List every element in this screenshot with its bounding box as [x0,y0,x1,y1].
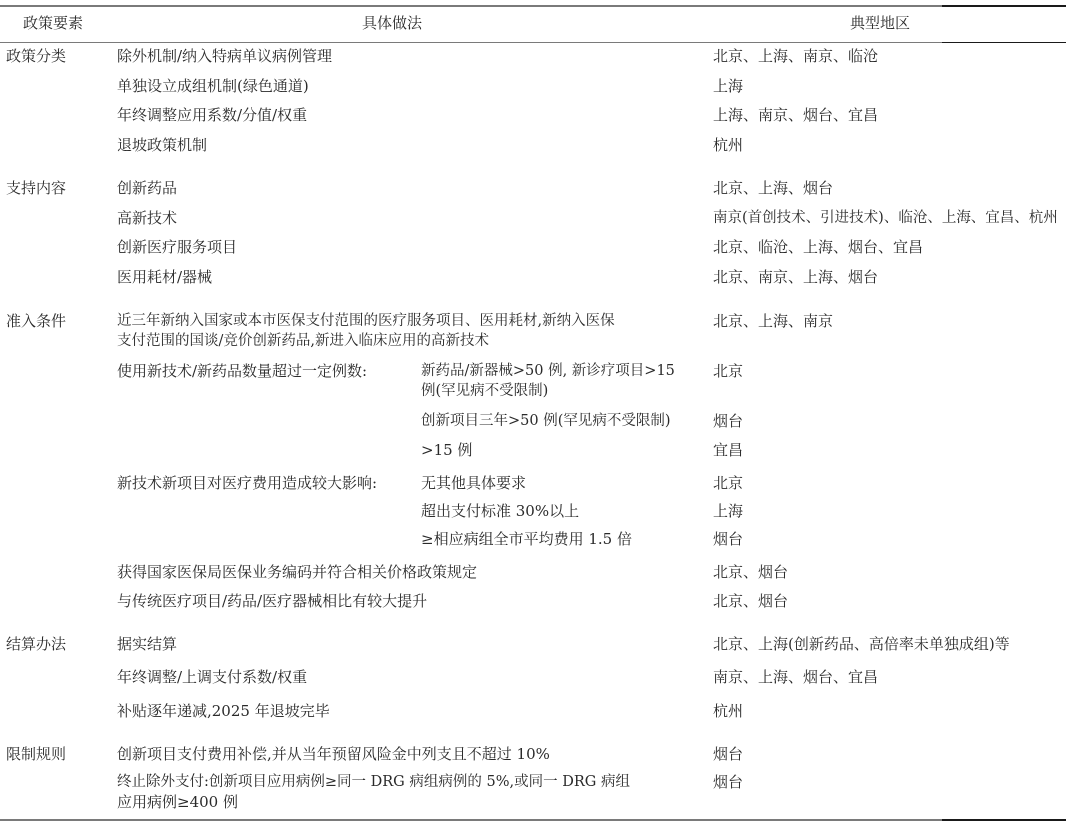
header-policy-element: 政策要素 [23,13,83,33]
row-region: 烟台 [713,772,743,792]
row-practice: 除外机制/纳入特病单议病例管理 [117,46,332,66]
row-practice: 与传统医疗项目/药品/医疗器械相比有较大提升 [117,591,427,611]
row-sub: ≥相应病组全市平均费用 1.5 倍 [421,529,632,549]
header-rule-right [942,42,1066,43]
row-practice: 退坡政策机制 [117,135,207,155]
row-practice: 据实结算 [117,634,177,654]
bottom-rule-left [0,819,942,821]
row-region: 上海 [713,76,743,96]
header-region: 典型地区 [850,13,910,33]
row-region: 上海 [713,501,743,521]
header-rule-left [0,42,942,43]
row-region: 杭州 [713,701,743,721]
row-element: 结算办法 [6,634,66,654]
row-element: 支持内容 [6,178,66,198]
row-sub: 无其他具体要求 [421,473,526,493]
row-element: 政策分类 [6,46,66,66]
row-region: 北京、上海(创新药品、高倍率未单独成组)等 [713,634,1010,654]
row-practice: 补贴逐年递减,2025 年退坡完毕 [117,701,330,721]
row-region: 北京、临沧、上海、烟台、宜昌 [713,237,923,257]
row-region: 南京、上海、烟台、宜昌 [713,667,878,687]
row-region: 北京、上海、南京、临沧 [713,46,878,66]
row-practice: 终止除外支付:创新项目应用病例≥同一 DRG 病组病例的 5%,或同一 DRG … [117,772,630,792]
row-region: 北京 [713,473,743,493]
row-region: 北京、烟台 [713,591,788,611]
row-practice: 高新技术 [117,208,177,228]
row-region: 南京(首创技术、引进技术)、临沧、上海、宜昌、杭州 [713,208,1058,228]
row-sub: 超出支付标准 30%以上 [421,501,579,521]
row-region: 北京、上海、南京 [713,311,833,331]
row-region: 杭州 [713,135,743,155]
row-region: 宜昌 [713,440,743,460]
row-region: 烟台 [713,529,743,549]
row-region: 北京、上海、烟台 [713,178,833,198]
row-region: 北京 [713,361,743,381]
row-region: 上海、南京、烟台、宜昌 [713,105,878,125]
row-practice: 创新医疗服务项目 [117,237,237,257]
top-rule-left [0,5,942,7]
row-sub-line2: 例(罕见病不受限制) [421,381,548,401]
bottom-rule-right [942,819,1066,821]
row-practice: 使用新技术/新药品数量超过一定例数: [117,361,367,381]
row-practice: 单独设立成组机制(绿色通道) [117,76,309,96]
row-element: 限制规则 [6,744,66,764]
row-practice: 年终调整应用系数/分值/权重 [117,105,307,125]
row-practice: 年终调整/上调支付系数/权重 [117,667,307,687]
row-sub: 创新项目三年>50 例(罕见病不受限制) [421,411,671,431]
top-rule-right [942,5,1066,7]
row-element: 准入条件 [6,311,66,331]
row-practice: 近三年新纳入国家或本市医保支付范围的医疗服务项目、医用耗材,新纳入医保 [117,311,615,331]
row-region: 烟台 [713,411,743,431]
row-practice: 新技术新项目对医疗费用造成较大影响: [117,473,377,493]
row-practice: 创新药品 [117,178,177,198]
row-practice: 创新项目支付费用补偿,并从当年预留风险金中列支且不超过 10% [117,744,550,764]
row-practice-line2: 应用病例≥400 例 [117,792,238,812]
header-practice: 具体做法 [362,13,422,33]
row-region: 北京、烟台 [713,562,788,582]
row-region: 烟台 [713,744,743,764]
row-sub: >15 例 [421,440,472,460]
row-practice: 获得国家医保局医保业务编码并符合相关价格政策规定 [117,562,477,582]
row-practice-line2: 支付范围的国谈/竞价创新药品,新进入临床应用的高新技术 [117,331,489,351]
row-region: 北京、南京、上海、烟台 [713,267,878,287]
row-practice: 医用耗材/器械 [117,267,212,287]
row-sub: 新药品/新器械>50 例, 新诊疗项目>15 [421,361,675,381]
